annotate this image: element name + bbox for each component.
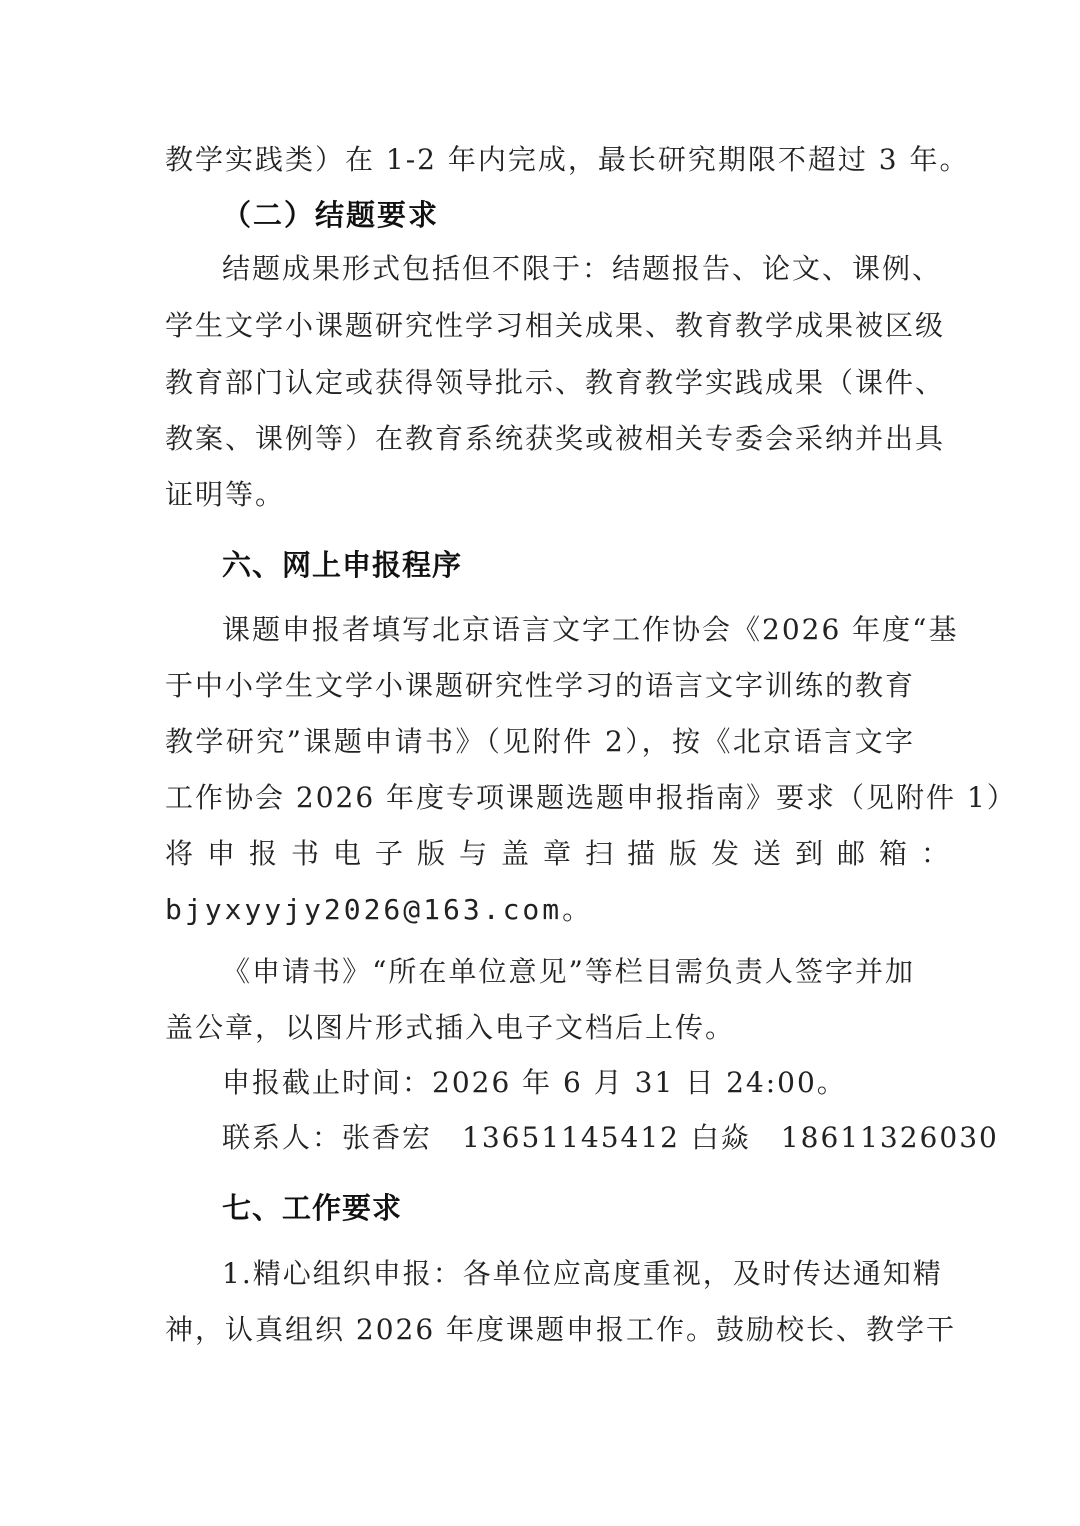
paragraph-line: 教育部门认定或获得领导批示、教育教学实践成果（课件、 [165,363,915,403]
paragraph-line: 教学研究”课题申请书》（见附件 2），按《北京语言文字 [165,722,915,762]
paragraph-line: 于中小学生文学小课题研究性学习的语言文字训练的教育 [165,666,915,706]
subsection-heading-closing-requirements: （二）结题要求 [222,195,439,235]
paragraph-line: 神，认真组织 2026 年度课题申报工作。鼓励校长、教学干 [165,1310,915,1350]
paragraph-line: 教案、课例等）在教育系统获奖或被相关专委会采纳并出具 [165,419,915,459]
document-page: 教学实践类）在 1-2 年内完成，最长研究期限不超过 3 年。 （二）结题要求 … [0,0,1080,1526]
paragraph-line: 将申报书电子版与盖章扫描版发送到邮箱： [165,834,915,874]
paragraph-line: 盖公章，以图片形式插入电子文档后上传。 [165,1008,915,1048]
section-heading-work-requirements: 七、工作要求 [222,1188,402,1228]
paragraph-line: 证明等。 [165,475,915,515]
paragraph-line: 工作协会 2026 年度专项课题选题申报指南》要求（见附件 1） [165,778,915,818]
paragraph-line: 课题申报者填写北京语言文字工作协会《2026 年度“基 [222,610,915,650]
paragraph-line: 结题成果形式包括但不限于：结题报告、论文、课例、 [222,249,915,289]
paragraph-line: 《申请书》“所在单位意见”等栏目需负责人签字并加 [222,952,915,992]
contact-line: 联系人：张香宏 13651145412 白焱 18611326030 [222,1118,915,1158]
paragraph-line: 教学实践类）在 1-2 年内完成，最长研究期限不超过 3 年。 [165,140,915,180]
section-heading-online-application: 六、网上申报程序 [222,545,462,585]
email-address: bjyxyyjy2026@163.com。 [165,890,915,930]
paragraph-line: 1.精心组织申报：各单位应高度重视，及时传达通知精 [222,1254,915,1294]
deadline-line: 申报截止时间：2026 年 6 月 31 日 24:00。 [222,1063,915,1103]
paragraph-line: 学生文学小课题研究性学习相关成果、教育教学成果被区级 [165,306,915,346]
